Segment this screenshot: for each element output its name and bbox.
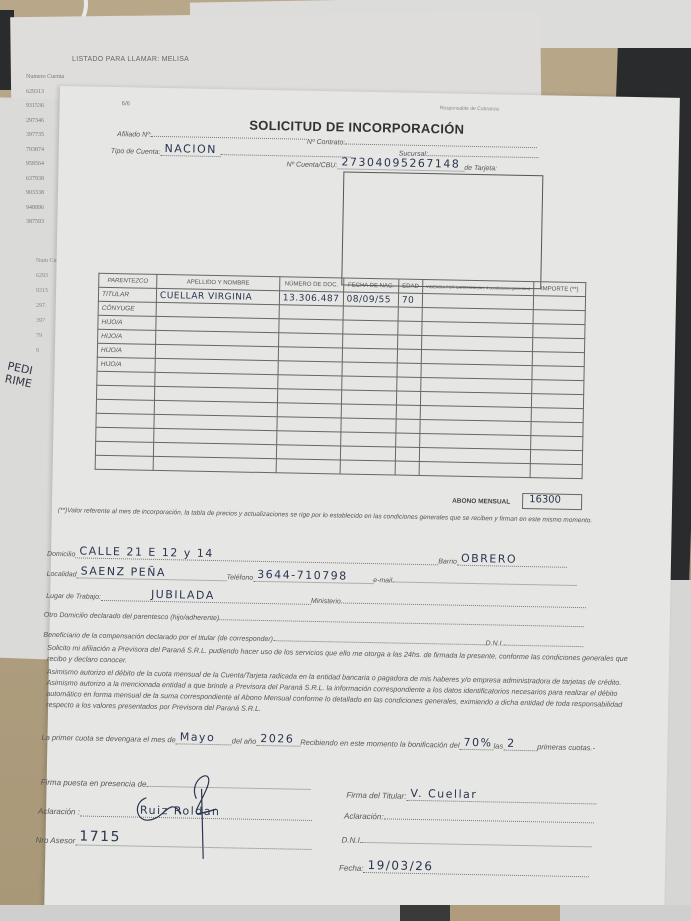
cell-importe[interactable] <box>533 310 585 325</box>
cell-doc[interactable] <box>277 417 341 432</box>
column-header: FECHA DE NAC. <box>343 278 399 293</box>
cell-parentezco <box>96 427 154 442</box>
cell-parentezco: TITULAR <box>98 287 156 302</box>
fecha-value: 19/03/26 <box>363 858 589 877</box>
cell-fecha[interactable]: 08/09/55 <box>343 292 399 307</box>
cell-importe[interactable] <box>533 324 585 339</box>
dni-right-field[interactable]: D.N.I. <box>341 836 591 850</box>
cell-edad[interactable] <box>396 405 420 419</box>
debit-authorization-paragraph: Asimismo autorizo el débito de la cuota … <box>46 666 647 722</box>
cell-importe[interactable] <box>531 408 583 423</box>
cell-doc[interactable]: 13.306.487 <box>279 291 343 306</box>
cell-doc[interactable] <box>278 375 342 390</box>
cell-edad[interactable] <box>396 391 420 405</box>
bonificacion-value[interactable]: 70% <box>459 736 493 751</box>
cell-fecha[interactable] <box>341 376 397 391</box>
field-line <box>219 619 583 627</box>
abono-mensual-value[interactable]: 16300 <box>522 493 582 510</box>
cell-nombre[interactable] <box>153 456 276 472</box>
domicilio-value: CALLE 21 E 12 y 14 <box>75 544 438 565</box>
cell-edad[interactable] <box>396 433 420 447</box>
telefono-value: 3644-710798 <box>253 568 373 584</box>
fecha-field[interactable]: Fecha: 19/03/26 <box>339 858 589 878</box>
cell-fecha[interactable] <box>340 432 396 447</box>
field-label: Barrio <box>438 558 457 565</box>
field-label: Aclaración: <box>344 812 384 822</box>
field-label: Lugar de Trabajo: <box>46 593 101 601</box>
cell-fecha[interactable] <box>342 334 398 349</box>
cell-fecha[interactable] <box>343 306 399 321</box>
field-label: Afiliado Nº: <box>117 131 152 139</box>
cuota-prefix: La primer cuota se devengara el mes de <box>41 733 175 745</box>
cell-doc[interactable] <box>279 319 343 334</box>
cell-edad[interactable] <box>395 447 419 461</box>
column-header: NÚMERO DE DOC. <box>279 277 343 292</box>
cell-edad[interactable]: 70 <box>398 293 422 307</box>
field-label: Localidad <box>47 571 77 579</box>
cell-doc[interactable] <box>279 305 343 320</box>
cell-doc[interactable] <box>276 459 340 474</box>
cell-parentezco: CÓNYUGE <box>98 301 156 316</box>
witness-signature-icon <box>125 757 287 870</box>
field-label: Recibiendo en este momento la bonificaci… <box>300 738 459 750</box>
cell-doc[interactable] <box>278 361 342 376</box>
side-handwriting: PEDI RIME <box>4 359 36 390</box>
field-line <box>152 136 308 140</box>
field-label: Nº Cuenta/CBU: <box>286 161 337 169</box>
field-line <box>341 602 586 608</box>
cuotas-value[interactable]: 2 <box>503 737 537 752</box>
cell-parentezco <box>97 371 155 386</box>
field-line <box>345 143 537 148</box>
domicilio-field[interactable]: Domicilio CALLE 21 E 12 y 14 Barrio OBRE… <box>47 544 567 568</box>
aclaracion-right-field[interactable]: Aclaración: <box>344 812 594 826</box>
cuota-suffix: primeras cuotas.- <box>537 742 595 752</box>
cell-importe[interactable] <box>532 380 584 395</box>
cell-edad[interactable] <box>397 363 421 377</box>
listado-title: LISTADO PARA LLAMAR: MELISA <box>72 56 189 63</box>
column-header: EDAD <box>399 279 423 293</box>
otro-domicilio-field[interactable]: Otro Domicilio declarado del parentesco … <box>44 612 584 629</box>
field-label: Firma del Titular: <box>346 791 406 801</box>
cell-doc[interactable] <box>277 389 341 404</box>
field-label: D.N.I. <box>341 836 362 845</box>
cell-parentezco: HIJO/A <box>97 343 155 358</box>
anio-value[interactable]: 2026 <box>256 732 300 747</box>
cell-edad[interactable] <box>397 349 421 363</box>
cell-edad[interactable] <box>397 335 421 349</box>
members-table: PARENTEZCO APELLIDO Y NOMBRE NÚMERO DE D… <box>95 273 587 479</box>
cell-importe[interactable] <box>532 366 584 381</box>
field-label: del año <box>232 736 257 745</box>
cell-importe[interactable] <box>531 436 583 451</box>
field-line <box>384 818 594 823</box>
cell-doc[interactable] <box>276 445 340 460</box>
cell-importe[interactable] <box>531 450 583 465</box>
localidad-value: SAENZ PEÑA <box>77 564 227 581</box>
cell-fecha[interactable] <box>341 390 397 405</box>
cobranza-label: Responsable de Cobranza <box>440 105 499 112</box>
cell-parentezco: HIJO/A <box>98 329 156 344</box>
cell-parentezco <box>95 455 153 470</box>
cell-fecha[interactable] <box>342 362 398 377</box>
cell-doc[interactable] <box>278 347 342 362</box>
field-line <box>273 640 486 645</box>
field-label: Teléfono <box>226 574 253 582</box>
cell-importe[interactable] <box>530 464 582 479</box>
cell-importe[interactable] <box>531 422 583 437</box>
cell-parentezco <box>96 385 154 400</box>
cell-doc[interactable] <box>277 431 341 446</box>
barrio-value: OBRERO <box>457 552 567 568</box>
cell-parentezco <box>96 413 154 428</box>
field-label: D.N.I. <box>485 640 503 647</box>
field-label: Ministerio <box>311 598 341 606</box>
cell-parentezco <box>96 399 154 414</box>
cell-doc[interactable] <box>278 333 342 348</box>
column-header: IMPORTE (**) <box>534 282 586 297</box>
cell-fecha[interactable] <box>341 404 397 419</box>
lugar-trabajo-value: JUBILADA <box>101 587 311 605</box>
lugar-trabajo-field[interactable]: Lugar de Trabajo: JUBILADA Ministerio <box>46 586 586 610</box>
cell-edad[interactable] <box>396 419 420 433</box>
localidad-field[interactable]: Localidad SAENZ PEÑA Teléfono 3644-71079… <box>47 564 577 588</box>
cbu-value: 27304095267148 <box>337 155 464 171</box>
page-number: 6/6 <box>122 101 130 107</box>
field-label: Nro Asesor <box>35 836 75 846</box>
cell-importe[interactable] <box>532 352 584 367</box>
photo-box <box>341 171 543 289</box>
field-line <box>362 842 592 847</box>
field-label: de Tarjeta: <box>464 165 497 173</box>
cell-fecha[interactable] <box>341 418 397 433</box>
background-paper <box>0 905 691 921</box>
cell-edad[interactable] <box>397 377 421 391</box>
cell-edad[interactable] <box>395 461 419 475</box>
field-label: Otro Domicilio declarado del parentesco … <box>44 612 220 622</box>
column-header: Numero Cuenta <box>26 74 64 89</box>
cell-edad[interactable] <box>398 307 422 321</box>
field-label: Fecha: <box>339 864 364 873</box>
field-label: Tipo de Cuenta: <box>111 148 161 156</box>
abono-mensual-label: ABONO MENSUAL <box>452 498 510 506</box>
firma-titular-field[interactable]: Firma del Titular: V. Cuellar <box>346 786 596 805</box>
cuota-line: La primer cuota se devengara el mes de M… <box>41 728 651 754</box>
field-label: las <box>493 741 503 750</box>
field-label: e-mail <box>373 577 392 584</box>
cell-fecha[interactable] <box>342 320 398 335</box>
cell-importe[interactable] <box>534 296 586 311</box>
column-header: PARENTEZCO <box>99 273 157 288</box>
tipo-cuenta-value: NACION <box>160 142 221 157</box>
account-number: 629313 <box>26 89 64 104</box>
field-label: Domicilio <box>47 551 76 559</box>
cell-doc[interactable] <box>277 403 341 418</box>
cell-importe[interactable] <box>532 394 584 409</box>
desk-surface <box>450 905 560 921</box>
cell-parentezco <box>95 441 153 456</box>
field-label: Aclaración : <box>38 807 80 817</box>
cell-fecha[interactable] <box>342 348 398 363</box>
cell-parentezco: HIJO/A <box>97 357 155 372</box>
firma-titular-value: V. Cuellar <box>406 787 596 805</box>
cuenta-cbu-field[interactable]: Nº Cuenta/CBU: 27304095267148 de Tarjeta… <box>286 154 606 174</box>
field-line <box>392 581 576 586</box>
cell-fecha[interactable] <box>340 446 396 461</box>
cell-edad[interactable] <box>398 321 422 335</box>
field-line <box>503 645 583 648</box>
cell-fecha[interactable] <box>340 460 396 475</box>
cell-importe[interactable] <box>533 338 585 353</box>
application-form: 6/6 Responsable de Cobranza SOLICITUD DE… <box>44 86 680 921</box>
cell-parentezco: HIJO/A <box>98 315 156 330</box>
cell-vigencia[interactable] <box>419 461 531 477</box>
dark-object <box>400 905 450 921</box>
mes-value[interactable]: Mayo <box>176 730 232 745</box>
